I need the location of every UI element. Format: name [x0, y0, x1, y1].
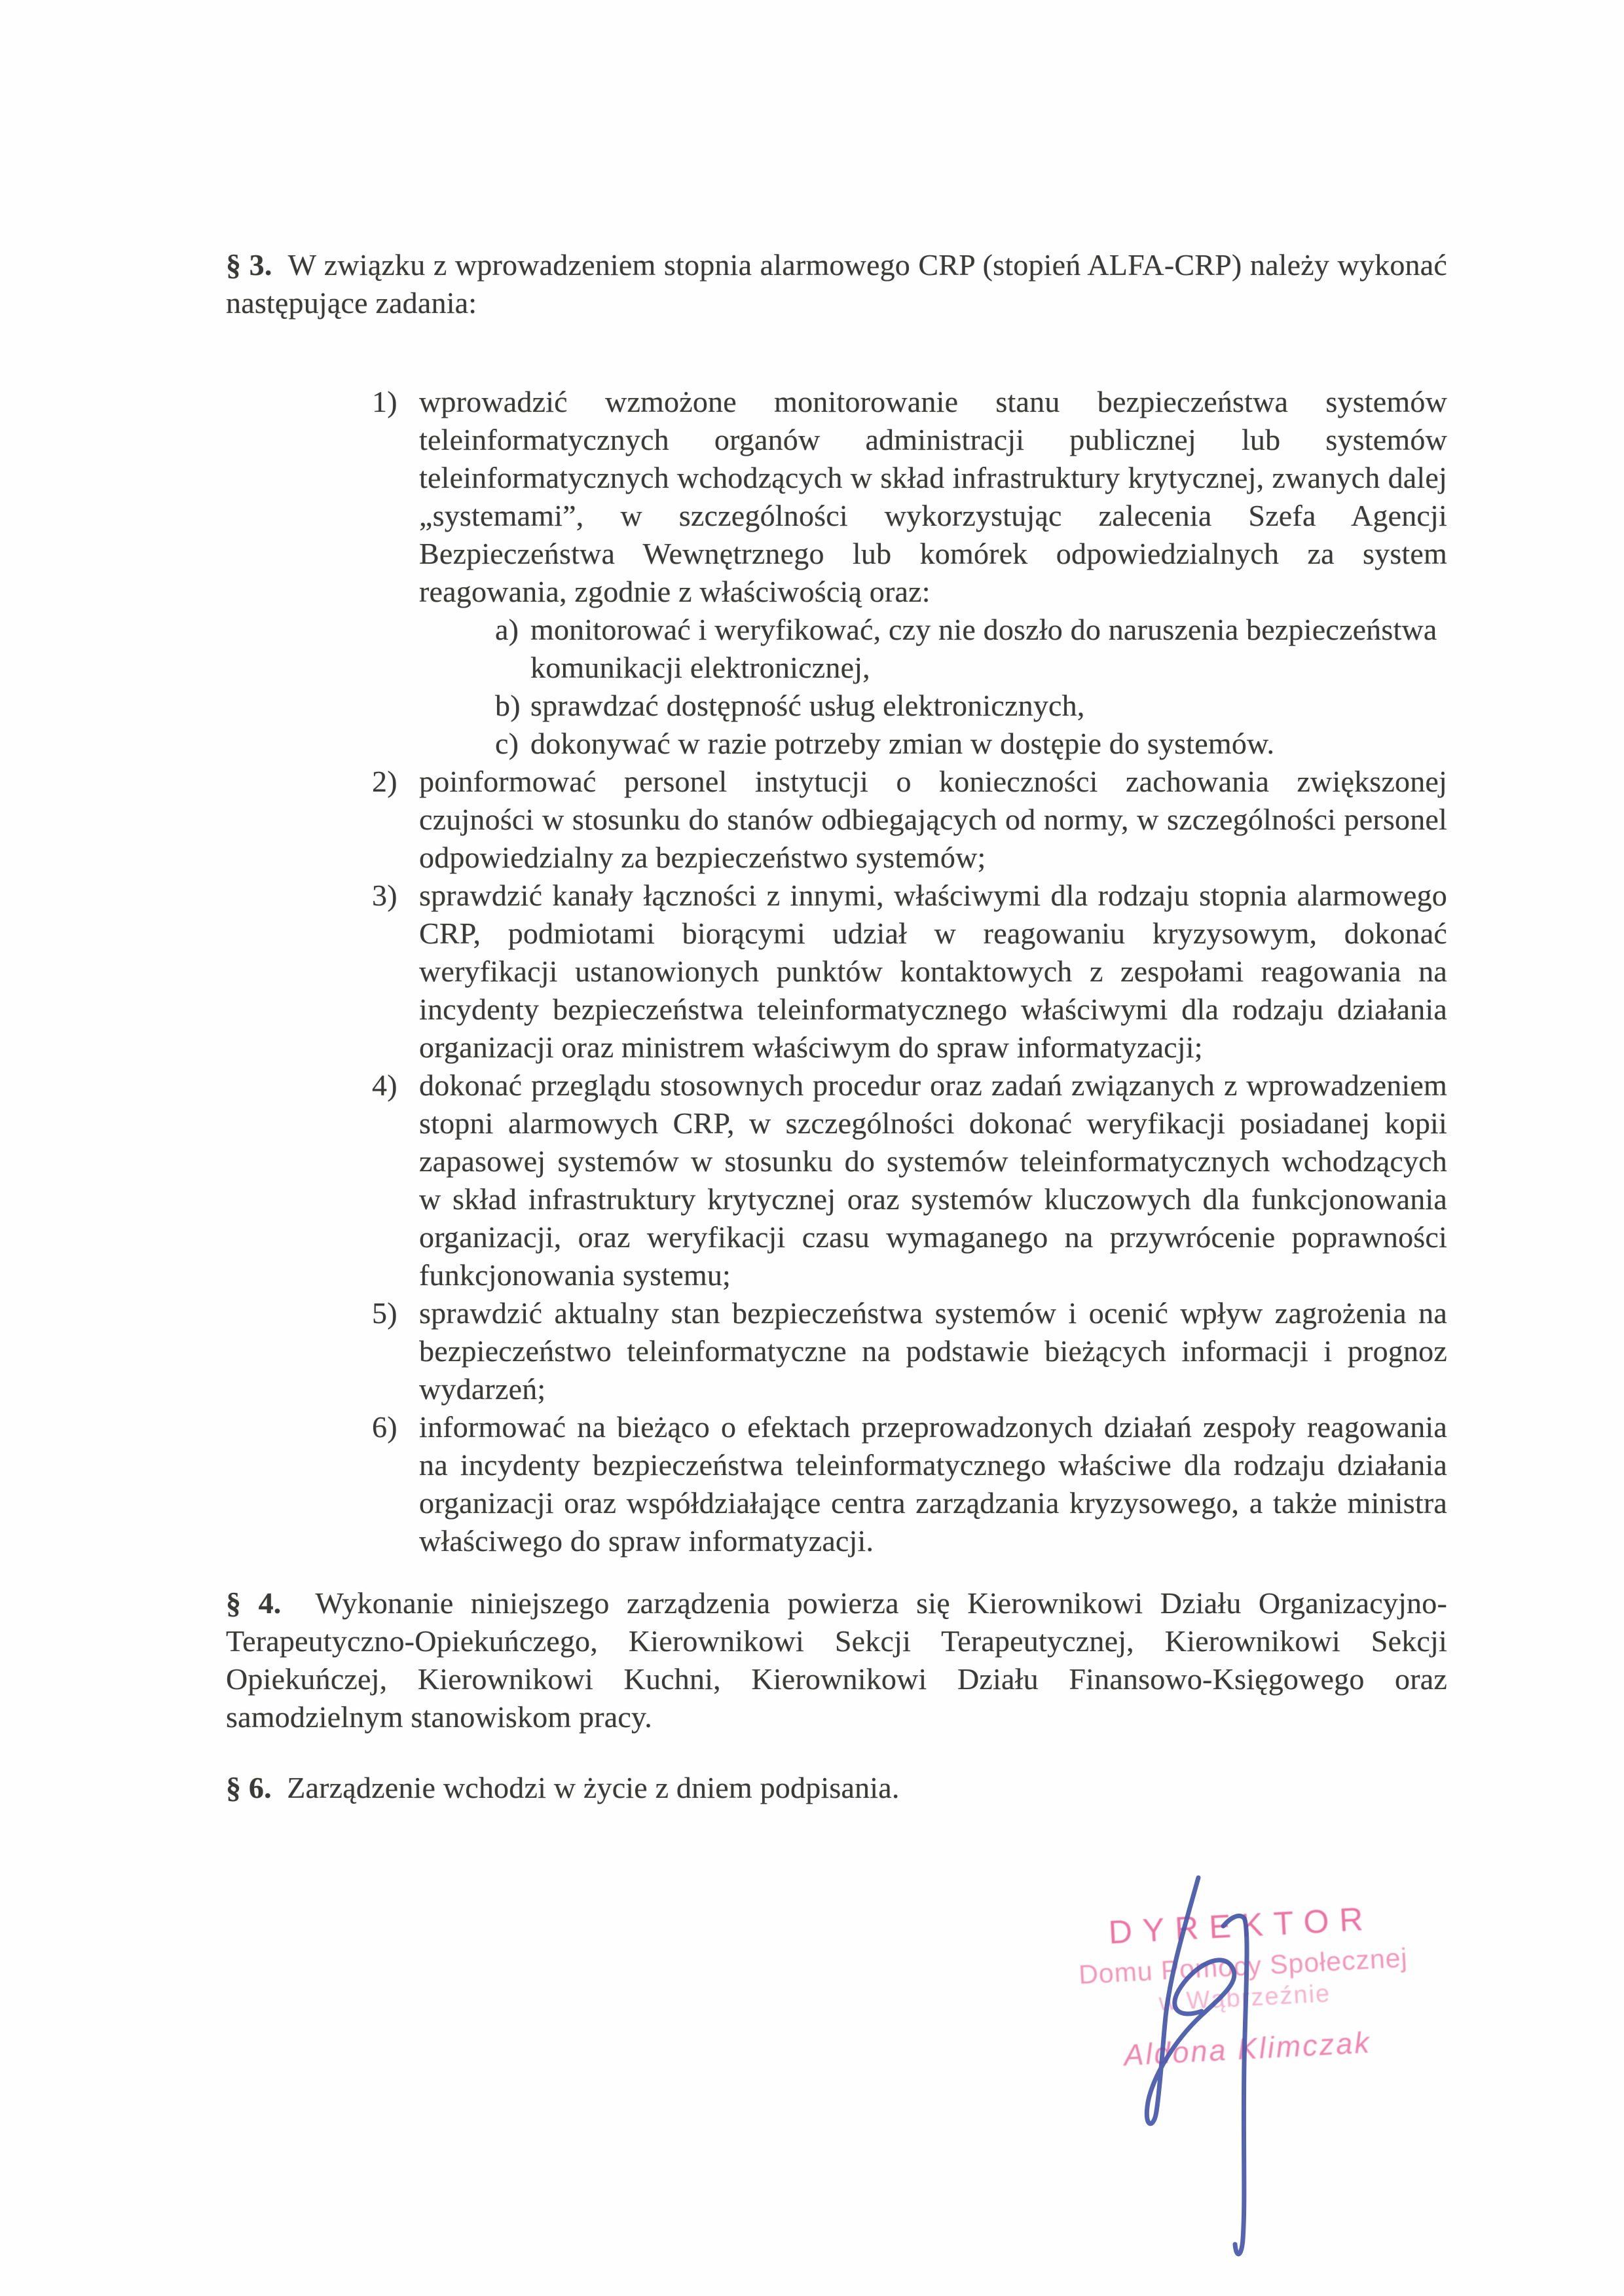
- sub-list-item-c: c) dokonywać w razie potrzeby zmian w do…: [226, 725, 1447, 763]
- item-text: informować na bieżąco o efektach przepro…: [419, 1410, 1447, 1558]
- section-4-text: Wykonanie niniejszego zarządzenia powier…: [226, 1586, 1447, 1734]
- document-body: § 3. W związku z wprowadzeniem stopnia a…: [226, 246, 1447, 1837]
- section-4-marker: § 4.: [226, 1586, 281, 1620]
- item-text: sprawdzić kanały łączności z innymi, wła…: [419, 879, 1447, 1064]
- item-number: 2): [372, 763, 397, 801]
- list-item-4: 4) dokonać przeglądu stosownych procedur…: [226, 1066, 1447, 1294]
- scanned-document-page: § 3. W związku z wprowadzeniem stopnia a…: [0, 0, 1624, 2296]
- sub-item-number: b): [495, 687, 521, 725]
- section-6-marker: § 6.: [226, 1771, 272, 1804]
- item-text: dokonać przeglądu stosownych procedur or…: [419, 1068, 1447, 1292]
- item-number: 1): [372, 383, 397, 421]
- section-3-marker: § 3.: [226, 248, 272, 282]
- item-number: 5): [372, 1294, 397, 1332]
- signature-stroke-loop: [1147, 1878, 1234, 2124]
- signature-stroke-stem: [1223, 1916, 1247, 2254]
- sub-list-item-a: a) monitorować i weryfikować, czy nie do…: [226, 611, 1447, 687]
- list-item-6: 6) informować na bieżąco o efektach prze…: [226, 1408, 1447, 1560]
- section-3-text: W związku z wprowadzeniem stopnia alarmo…: [226, 248, 1447, 319]
- item-text: wprowadzić wzmożone monitorowanie stanu …: [419, 385, 1447, 608]
- handwritten-signature-ink: [1107, 1859, 1277, 2278]
- item-text: poinformować personel instytucji o konie…: [419, 765, 1447, 874]
- ordered-list: 1) wprowadzić wzmożone monitorowanie sta…: [226, 383, 1447, 1560]
- section-6-text: Zarządzenie wchodzi w życie z dniem podp…: [287, 1771, 899, 1804]
- item-number: 3): [372, 877, 397, 915]
- list-item-2: 2) poinformować personel instytucji o ko…: [226, 763, 1447, 877]
- sub-item-number: a): [495, 611, 519, 649]
- section-4-paragraph: § 4. Wykonanie niniejszego zarządzenia p…: [226, 1584, 1447, 1736]
- section-3-paragraph: § 3. W związku z wprowadzeniem stopnia a…: [226, 246, 1447, 322]
- sub-item-text: sprawdzać dostępność usług elektroniczny…: [530, 689, 1085, 722]
- list-item-5: 5) sprawdzić aktualny stan bezpieczeństw…: [226, 1294, 1447, 1408]
- section-6-paragraph: § 6. Zarządzenie wchodzi w życie z dniem…: [226, 1769, 1447, 1807]
- sub-list-item-b: b) sprawdzać dostępność usług elektronic…: [226, 687, 1447, 725]
- item-text: sprawdzić aktualny stan bezpieczeństwa s…: [419, 1296, 1447, 1406]
- sub-item-text: monitorować i weryfikować, czy nie doszł…: [530, 613, 1437, 684]
- sub-item-text: dokonywać w razie potrzeby zmian w dostę…: [530, 727, 1274, 760]
- sub-item-number: c): [495, 725, 519, 763]
- item-number: 4): [372, 1066, 397, 1104]
- list-item-3: 3) sprawdzić kanały łączności z innymi, …: [226, 877, 1447, 1066]
- item-number: 6): [372, 1408, 397, 1446]
- list-item-1: 1) wprowadzić wzmożone monitorowanie sta…: [226, 383, 1447, 611]
